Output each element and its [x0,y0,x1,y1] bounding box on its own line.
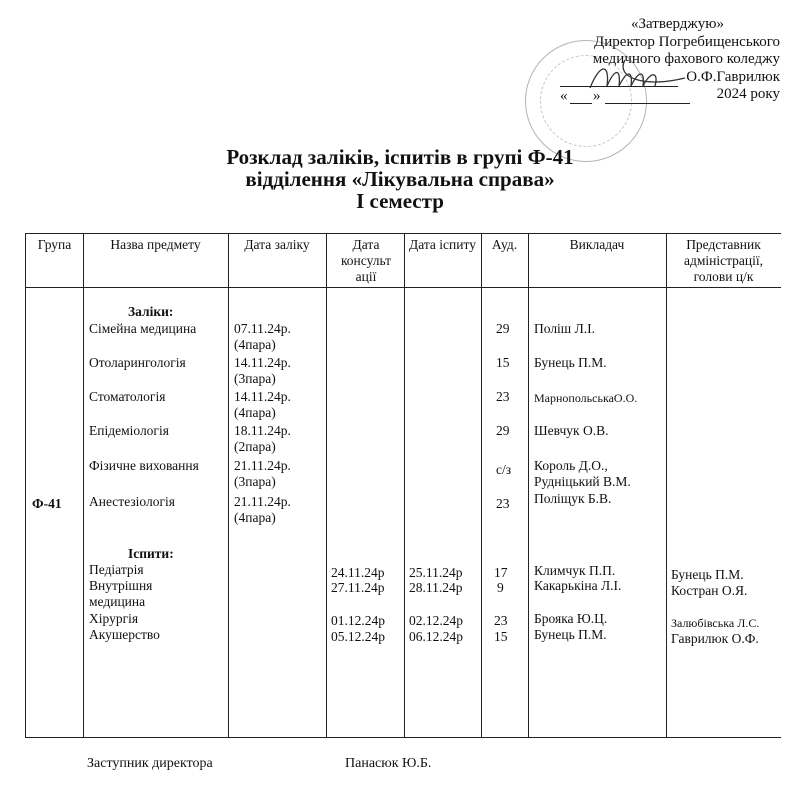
header-subject: Назва предмету [83,237,228,253]
credit-teacher: Шевчук О.В. [534,423,608,439]
exam-subject: Хірургія [89,611,138,627]
exam-subject-2: медицина [89,594,145,610]
document-title-line-2: відділення «Лікувальна справа» [180,168,620,190]
header-teacher: Викладач [528,237,666,253]
footer-name: Панасюк Ю.Б. [345,756,431,772]
exam-room: 15 [494,629,508,645]
exam-teacher: Бунець П.М. [534,627,607,643]
approval-title: «Затверджую» [555,16,780,34]
header-exam-date: Дата іспиту [404,237,481,253]
credit-subject: Анестезіологія [89,494,175,510]
credit-teacher: Поліщук Б.В. [534,491,611,507]
credit-subject: Епідеміологія [89,423,169,439]
exam-teacher: Климчук П.П. [534,563,615,579]
credit-pair: (3пара) [234,371,276,387]
credit-teacher: Поліш Л.І. [534,321,595,337]
exam-consult-date: 24.11.24р [331,565,385,581]
credit-subject: Отоларингологія [89,355,186,371]
credit-subject: Сімейна медицина [89,321,196,337]
header-group: Група [26,237,83,253]
signature-line [560,86,678,87]
approval-line-1: Директор Погребищенського [555,34,780,52]
credit-subject: Фізичне виховання [89,458,199,474]
credit-room: 15 [496,355,510,371]
day-line [570,103,592,104]
credit-date: 07.11.24р. [234,321,291,337]
credit-pair: (3пара) [234,474,276,490]
credit-date: 14.11.24р. [234,355,291,371]
credit-pair: (2пара) [234,439,276,455]
exam-consult-date: 01.12.24р [331,613,385,629]
credit-date: 14.11.24р. [234,389,291,405]
credit-room: 29 [496,321,510,337]
exam-date: 02.12.24р [409,613,463,629]
exam-room: 9 [497,580,504,596]
header-room: Ауд. [481,237,528,253]
exams-label: Іспити: [128,546,174,562]
credit-date: 18.11.24р. [234,423,291,439]
approval-block: «Затверджую» Директор Погребищенського м… [555,16,780,104]
exam-consult-date: 27.11.24р [331,580,385,596]
header-consult-date: Дата консульт ації [338,237,394,285]
document-title-line-3: І семестр [180,190,620,212]
credit-pair: (4пара) [234,337,276,353]
credit-pair: (4пара) [234,405,276,421]
credit-teacher-2: Рудніцький В.М. [534,474,631,490]
credit-room: с/з [496,462,511,478]
exam-room: 23 [494,613,508,629]
exam-admin: Залюбівська Л.С. [671,615,759,631]
approval-year: 2024 року [555,86,780,104]
approval-line-3: О.Ф.Гаврилюк [555,69,780,87]
credits-label: Заліки: [128,304,173,320]
exam-subject: Внутрішня [89,578,152,594]
month-line [605,103,690,104]
credit-room: 23 [496,496,510,512]
exam-admin: Гаврилюк О.Ф. [671,631,759,647]
credit-date: 21.11.24р. [234,494,291,510]
credit-teacher: Бунець П.М. [534,355,607,371]
exam-subject: Акушерство [89,627,160,643]
schedule-table: Група Назва предмету Дата заліку Дата ко… [25,233,781,738]
credit-teacher: Король Д.О., [534,458,608,474]
exam-date: 28.11.24р [409,580,463,596]
approval-line-2: медичного фахового коледжу [555,51,780,69]
credit-room: 29 [496,423,510,439]
credit-subject: Стоматологія [89,389,165,405]
date-close-quote: » [593,88,601,105]
credit-teacher: МарнопольськаО.О. [534,390,637,406]
credit-room: 23 [496,389,510,405]
exam-date: 25.11.24р [409,565,463,581]
exam-consult-date: 05.12.24р [331,629,385,645]
exam-date: 06.12.24р [409,629,463,645]
exam-admin: Бунець П.М. [671,567,744,583]
date-open-quote: « [560,88,568,105]
group-value: Ф-41 [32,496,62,512]
exam-teacher: Брояка Ю.Ц. [534,611,607,627]
exam-room: 17 [494,565,508,581]
exam-admin: Костран О.Я. [671,583,747,599]
credit-pair: (4пара) [234,510,276,526]
exam-subject: Педіатрія [89,562,144,578]
exam-teacher: Какарькіна Л.І. [534,578,621,594]
footer-position: Заступник директора [87,756,213,772]
header-admin: Представник адміністрації, голови ц/к [666,237,781,285]
credit-date: 21.11.24р. [234,458,291,474]
header-credit-date: Дата заліку [228,237,326,253]
document-title-line-1: Розклад заліків, іспитів в групі Ф-41 [180,146,620,168]
